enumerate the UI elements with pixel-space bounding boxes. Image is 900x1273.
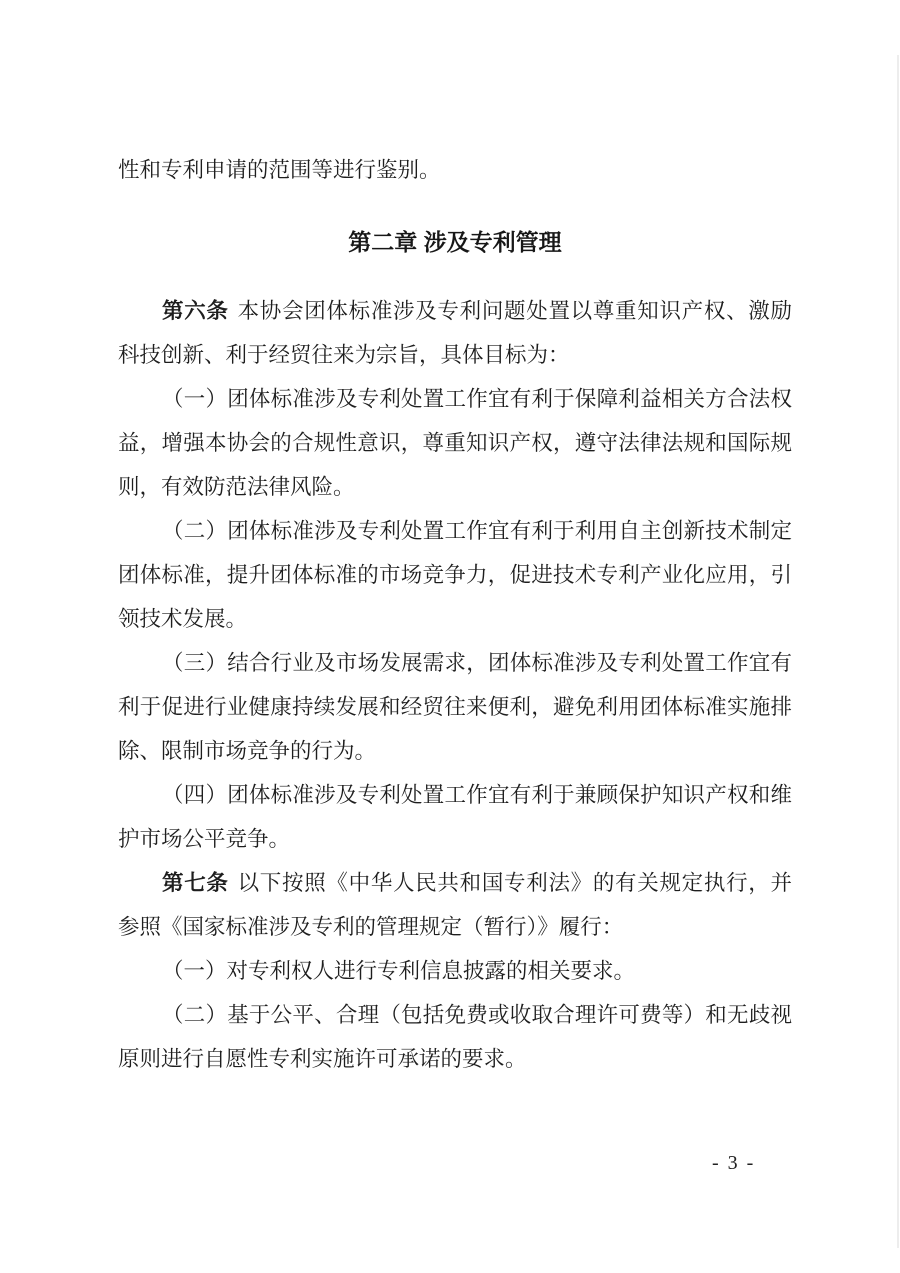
article-number: 第六条 (162, 299, 229, 323)
paragraph-item-2b: （二）基于公平、合理（包括免费或收取合理许可费等）和无歧视原则进行自愿性专利实施… (118, 993, 792, 1081)
continuation-line: 性和专利申请的范围等进行鉴别。 (118, 148, 792, 192)
paragraph-text: （二）基于公平、合理（包括免费或收取合理许可费等）和无歧视原则进行自愿性专利实施… (118, 1003, 792, 1071)
paragraph-item-1: （一）团体标准涉及专利处置工作宜有利于保障利益相关方合法权益，增强本协会的合规性… (118, 377, 792, 509)
paragraph-item-2: （二）团体标准涉及专利处置工作宜有利于利用自主创新技术制定团体标准，提升团体标准… (118, 509, 792, 641)
paragraph-text: （一）团体标准涉及专利处置工作宜有利于保障利益相关方合法权益，增强本协会的合规性… (118, 387, 792, 499)
chapter-heading: 第二章 涉及专利管理 (118, 220, 792, 264)
paragraph-text: （二）团体标准涉及专利处置工作宜有利于利用自主创新技术制定团体标准，提升团体标准… (118, 519, 792, 631)
document-content: 性和专利申请的范围等进行鉴别。 第二章 涉及专利管理 第六条本协会团体标准涉及专… (118, 148, 792, 1081)
scan-edge-artifact (897, 55, 899, 1248)
article-number: 第七条 (162, 871, 229, 895)
paragraph-text: （四）团体标准涉及专利处置工作宜有利于兼顾保护知识产权和维护市场公平竞争。 (118, 783, 792, 851)
paragraph-item-1b: （一）对专利权人进行专利信息披露的相关要求。 (118, 949, 792, 993)
paragraph-item-3: （三）结合行业及市场发展需求，团体标准涉及专利处置工作宜有利于促进行业健康持续发… (118, 641, 792, 773)
page-number: - 3 - (712, 1143, 755, 1183)
paragraph-article-7: 第七条以下按照《中华人民共和国专利法》的有关规定执行，并参照《国家标准涉及专利的… (118, 861, 792, 949)
document-page: 性和专利申请的范围等进行鉴别。 第二章 涉及专利管理 第六条本协会团体标准涉及专… (0, 0, 900, 1273)
paragraph-article-6: 第六条本协会团体标准涉及专利问题处置以尊重知识产权、激励科技创新、利于经贸往来为… (118, 289, 792, 377)
paragraph-text: （一）对专利权人进行专利信息披露的相关要求。 (162, 959, 635, 983)
paragraph-text: （三）结合行业及市场发展需求，团体标准涉及专利处置工作宜有利于促进行业健康持续发… (118, 651, 792, 763)
paragraph-item-4: （四）团体标准涉及专利处置工作宜有利于兼顾保护知识产权和维护市场公平竞争。 (118, 773, 792, 861)
